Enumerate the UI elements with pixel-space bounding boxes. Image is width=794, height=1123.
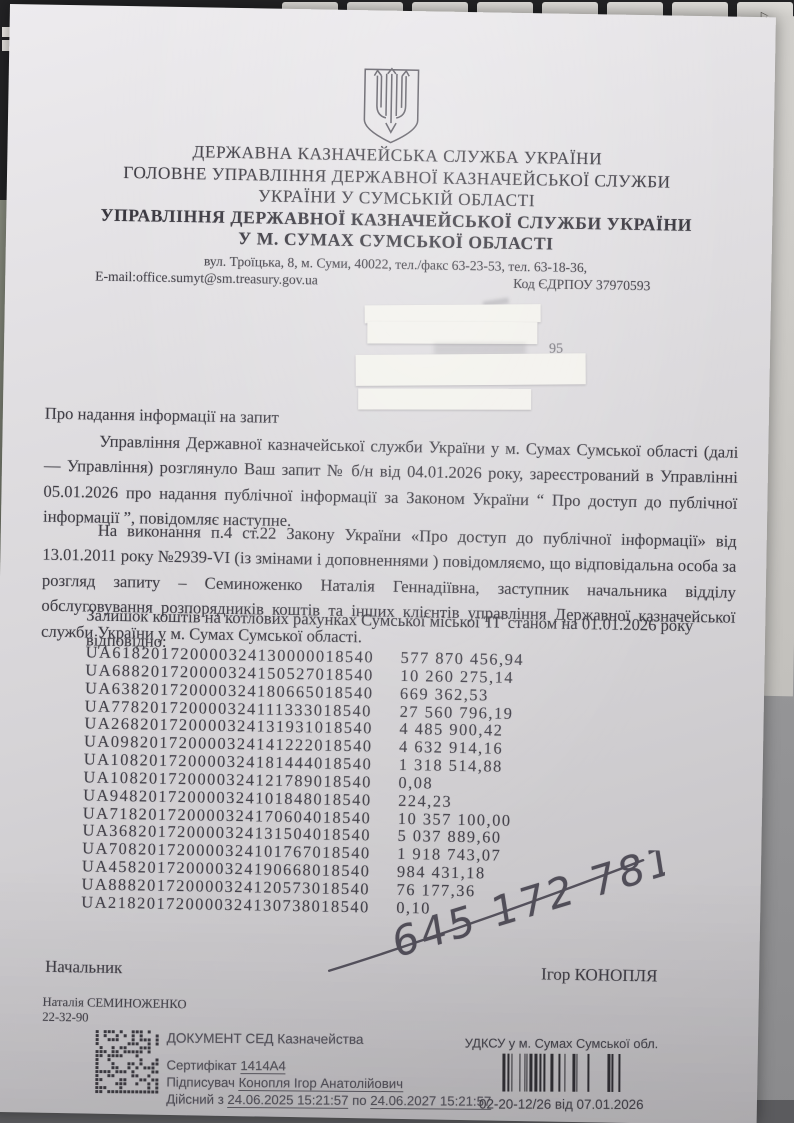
redaction-tape-strip — [356, 353, 586, 386]
amount-cell: 0,10 — [396, 899, 431, 917]
stamp-signer-label: Підписувач — [166, 1075, 238, 1091]
letterhead-email: E-mail:office.sumyt@sm.treasury.gov.ua — [95, 269, 318, 289]
registration-office: УДКСУ у м. Сумах Сумської обл. — [453, 1035, 669, 1051]
amount-cell: 669 362,53 — [400, 685, 489, 704]
stamp-certificate-line: Сертифікат 1414А4 — [166, 1058, 285, 1074]
amount-cell: 0,08 — [398, 774, 433, 792]
letterhead-org-names: ДЕРЖАВНА КАЗНАЧЕЙСЬКА СЛУЖБА УКРАЇНИ ГОЛ… — [46, 139, 748, 259]
document-page: ДЕРЖАВНА КАЗНАЧЕЙСЬКА СЛУЖБА УКРАЇНИ ГОЛ… — [0, 4, 776, 1123]
qr-code — [95, 1030, 159, 1094]
stamp-signer-value: Конопля Ігор Анатолійович — [239, 1075, 404, 1092]
signatory-name: Ігор КОНОПЛЯ — [541, 964, 658, 986]
registration-number: 02-20-12/26 від 07.01.2026 — [453, 1096, 669, 1112]
stamp-valid-from: 24.06.2025 15:21:57 — [227, 1092, 348, 1109]
signatory-title: Начальник — [45, 957, 122, 978]
barcode — [501, 1054, 621, 1092]
photo-of-document: ▷ ДЕРЖАВНА КАЗНАЧЕЙСЬКА СЛУЖБА УКРАЇНИ Г… — [0, 0, 794, 1123]
subject-line: Про надання інформації на запит — [45, 404, 279, 428]
redaction-tape-strip — [358, 388, 531, 409]
executor-phone: 22-32-90 — [42, 1010, 186, 1028]
redaction-tape-strip — [367, 321, 537, 344]
registration-stamp: УДКСУ у м. Сумах Сумської обл. 02-20-12/… — [453, 1035, 669, 1112]
ukraine-trident-emblem-icon — [355, 66, 428, 147]
accounts-table: UA618201720000324130000018540 577 870 45… — [81, 643, 646, 920]
stamp-valid-sep: по — [348, 1093, 370, 1108]
stamp-cert-label: Сертифікат — [166, 1058, 240, 1074]
letterhead-edrpou: Код ЄДРПОУ 37970593 — [513, 276, 650, 294]
amount-cell: 224,23 — [398, 792, 452, 811]
stamp-cert-value: 1414А4 — [240, 1058, 286, 1074]
executor-block: Наталія СЕМИНОЖЕНКО 22-32-90 — [42, 995, 186, 1028]
stamp-valid-label: Дійсний з — [166, 1092, 227, 1107]
stamp-title: ДОКУМЕНТ СЕД Казначейства — [167, 1031, 364, 1047]
stamp-validity-line: Дійсний з 24.06.2025 15:21:57 по 24.06.2… — [166, 1092, 491, 1109]
redaction-tape-strip — [365, 304, 541, 323]
iban-cell: UA218201720000324130738018540 — [81, 893, 396, 916]
stamp-signer-line: Підписувач Конопля Ігор Анатолійович — [166, 1075, 403, 1092]
